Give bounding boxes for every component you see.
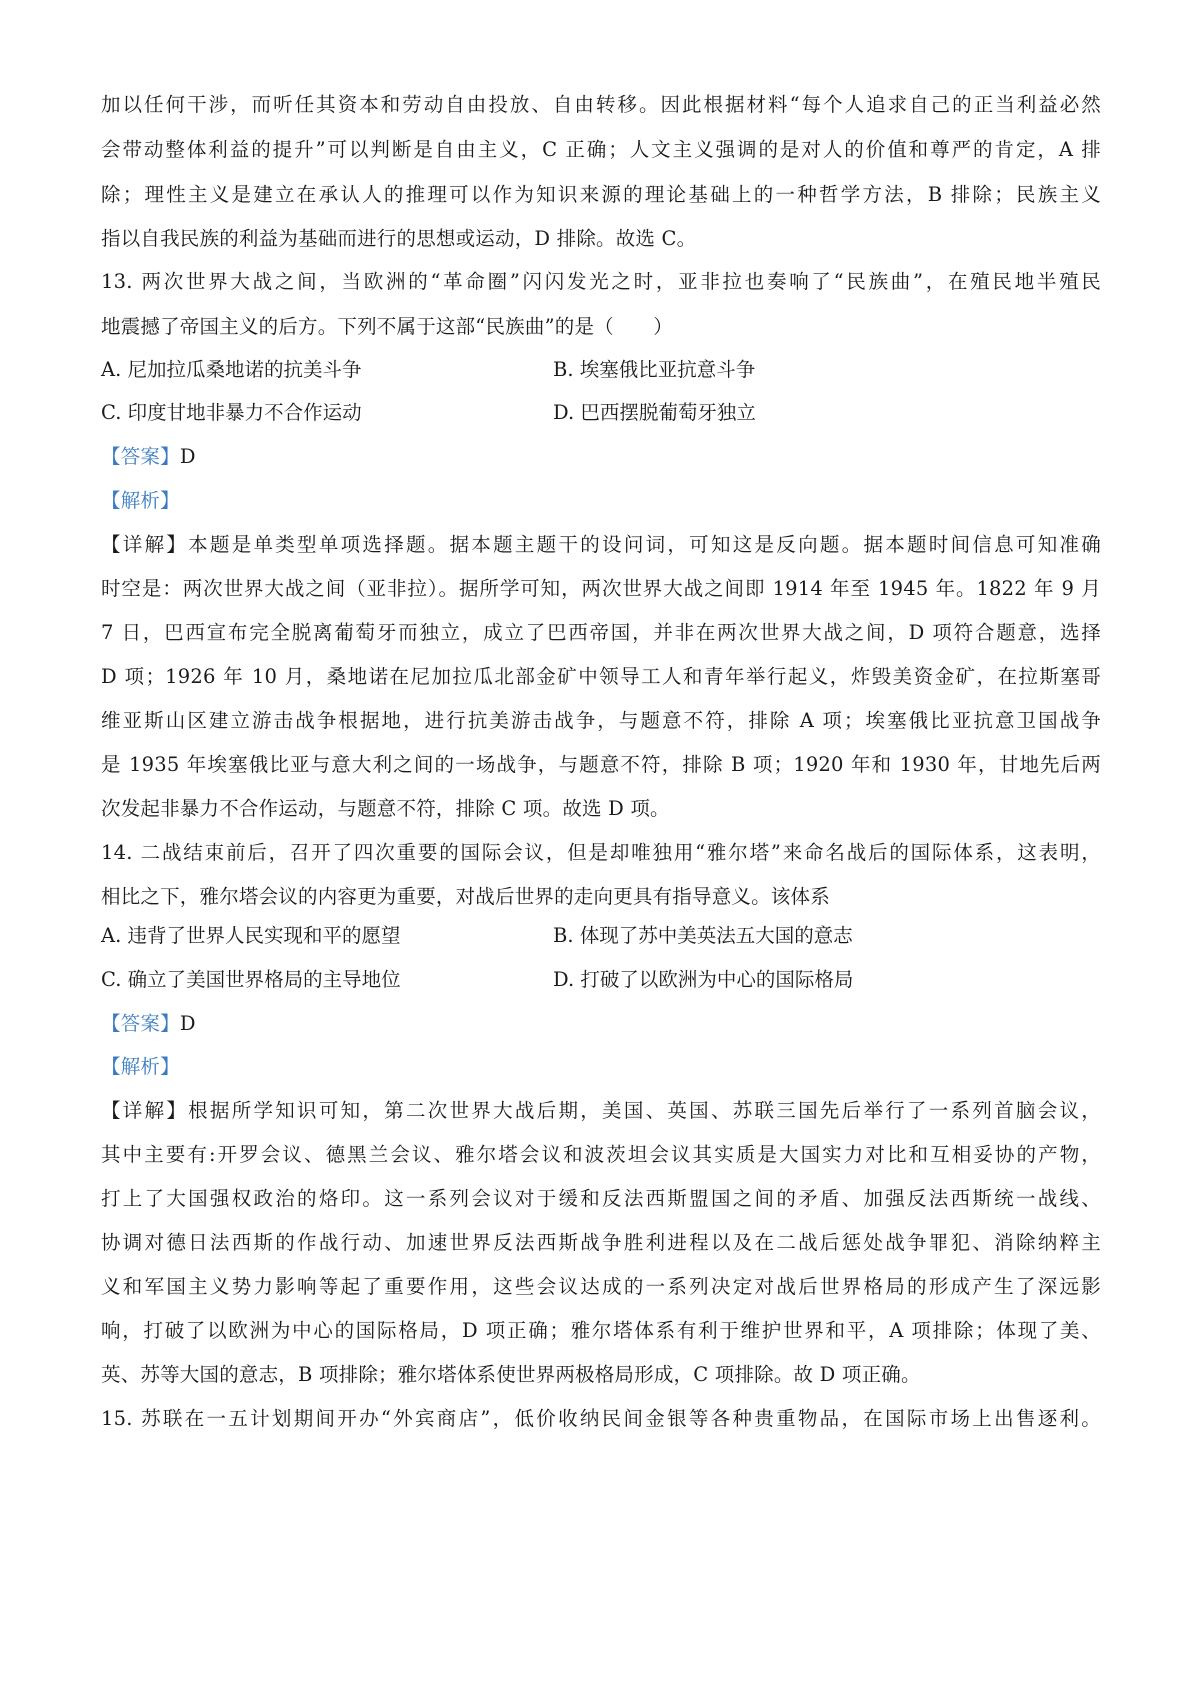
question-14-detail: 响，打破了以欧洲为中心的国际格局，D 项正确；雅尔塔体系有利于维护世界和平，A … xyxy=(101,1317,1101,1345)
question-14-option-a: A. 违背了世界人民实现和平的愿望 xyxy=(101,922,400,950)
question-14-detail: 其中主要有:开罗会议、德黑兰会议、雅尔塔会议和波茨坦会议其实质是大国实力对比和互… xyxy=(101,1141,1101,1169)
answer-label: 【答案】 xyxy=(101,445,180,468)
question-14-answer: 【答案】D xyxy=(101,1010,196,1038)
question-13-detail: 维亚斯山区建立游击战争根据地，进行抗美游击战争，与题意不符，排除 A 项；埃塞俄… xyxy=(101,707,1101,735)
continuation-line: 除；理性主义是建立在承认人的推理可以作为知识来源的理论基础上的一种哲学方法，B … xyxy=(101,181,1101,209)
question-14-analysis-label: 【解析】 xyxy=(101,1053,180,1081)
analysis-label: 【解析】 xyxy=(101,489,180,512)
question-14-option-c: C. 确立了美国世界格局的主导地位 xyxy=(101,966,401,994)
question-14-option-b: B. 体现了苏中美英法五大国的意志 xyxy=(553,922,853,950)
question-13-option-b: B. 埃塞俄比亚抗意斗争 xyxy=(553,356,755,384)
question-13-option-c: C. 印度甘地非暴力不合作运动 xyxy=(101,399,362,427)
answer-value: D xyxy=(180,445,196,468)
detail-label: 【详解】 xyxy=(101,533,188,556)
detail-label: 【详解】 xyxy=(101,1099,188,1122)
detail-text: 本题是单类型单项选择题。据本题主题干的设问词，可知这是反向题。据本题时间信息可知… xyxy=(188,533,1101,556)
question-14-stem: 14. 二战结束前后，召开了四次重要的国际会议，但是却唯独用“雅尔塔”来命名战后… xyxy=(101,839,1101,867)
continuation-line: 加以任何干涉，而听任其资本和劳动自由投放、自由转移。因此根据材料“每个人追求自己… xyxy=(101,91,1101,119)
question-13-detail: D 项；1926 年 10 月，桑地诺在尼加拉瓜北部金矿中领导工人和青年举行起义… xyxy=(101,663,1101,691)
analysis-label: 【解析】 xyxy=(101,1055,180,1078)
question-14-detail: 英、苏等大国的意志，B 项排除；雅尔塔体系使世界两极格局形成，C 项排除。故 D… xyxy=(101,1361,921,1389)
question-13-option-d: D. 巴西摆脱葡萄牙独立 xyxy=(553,399,756,427)
question-14-detail: 义和军国主义势力影响等起了重要作用，这些会议达成的一系列决定对战后世界格局的形成… xyxy=(101,1273,1101,1301)
continuation-line: 指以自我民族的利益为基础而进行的思想或运动，D 排除。故选 C。 xyxy=(101,225,696,253)
question-13-stem: 地震撼了帝国主义的后方。下列不属于这部“民族曲”的是（ ） xyxy=(101,313,673,341)
question-13-detail: 是 1935 年埃塞俄比亚与意大利之间的一场战争，与题意不符，排除 B 项；19… xyxy=(101,751,1101,779)
question-14-detail: 协调对德日法西斯的作战行动、加速世界反法西斯战争胜利进程以及在二战后惩处战争罪犯… xyxy=(101,1229,1101,1257)
question-13-option-a: A. 尼加拉瓜桑地诺的抗美斗争 xyxy=(101,356,361,384)
continuation-line: 会带动整体利益的提升”可以判断是自由主义，C 正确；人文主义强调的是对人的价值和… xyxy=(101,136,1101,164)
question-13-analysis-label: 【解析】 xyxy=(101,487,180,515)
question-14-option-d: D. 打破了以欧洲为中心的国际格局 xyxy=(553,966,853,994)
answer-label: 【答案】 xyxy=(101,1012,180,1035)
question-13-detail: 【详解】本题是单类型单项选择题。据本题主题干的设问词，可知这是反向题。据本题时间… xyxy=(101,531,1101,559)
question-13-detail: 时空是：两次世界大战之间（亚非拉）。据所学可知，两次世界大战之间即 1914 年… xyxy=(101,575,1101,603)
detail-text: 根据所学知识可知，第二次世界大战后期，美国、英国、苏联三国先后举行了一系列首脑会… xyxy=(188,1099,1101,1122)
question-13-detail: 次发起非暴力不合作运动，与题意不符，排除 C 项。故选 D 项。 xyxy=(101,795,670,823)
question-13-answer: 【答案】D xyxy=(101,443,196,471)
question-15-stem: 15. 苏联在一五计划期间开办“外宾商店”，低价收纳民间金银等各种贵重物品，在国… xyxy=(101,1405,1101,1433)
question-13-detail: 7 日，巴西宣布完全脱离葡萄牙而独立，成立了巴西帝国，并非在两次世界大战之间，D… xyxy=(101,619,1101,647)
question-14-stem: 相比之下，雅尔塔会议的内容更为重要，对战后世界的走向更具有指导意义。该体系 xyxy=(101,883,830,911)
question-14-detail: 打上了大国强权政治的烙印。这一系列会议对于缓和反法西斯盟国之间的矛盾、加强反法西… xyxy=(101,1185,1101,1213)
question-13-stem: 13. 两次世界大战之间，当欧洲的“革命圈”闪闪发光之时，亚非拉也奏响了“民族曲… xyxy=(101,268,1101,296)
question-14-detail: 【详解】根据所学知识可知，第二次世界大战后期，美国、英国、苏联三国先后举行了一系… xyxy=(101,1097,1101,1125)
answer-value: D xyxy=(180,1012,196,1035)
